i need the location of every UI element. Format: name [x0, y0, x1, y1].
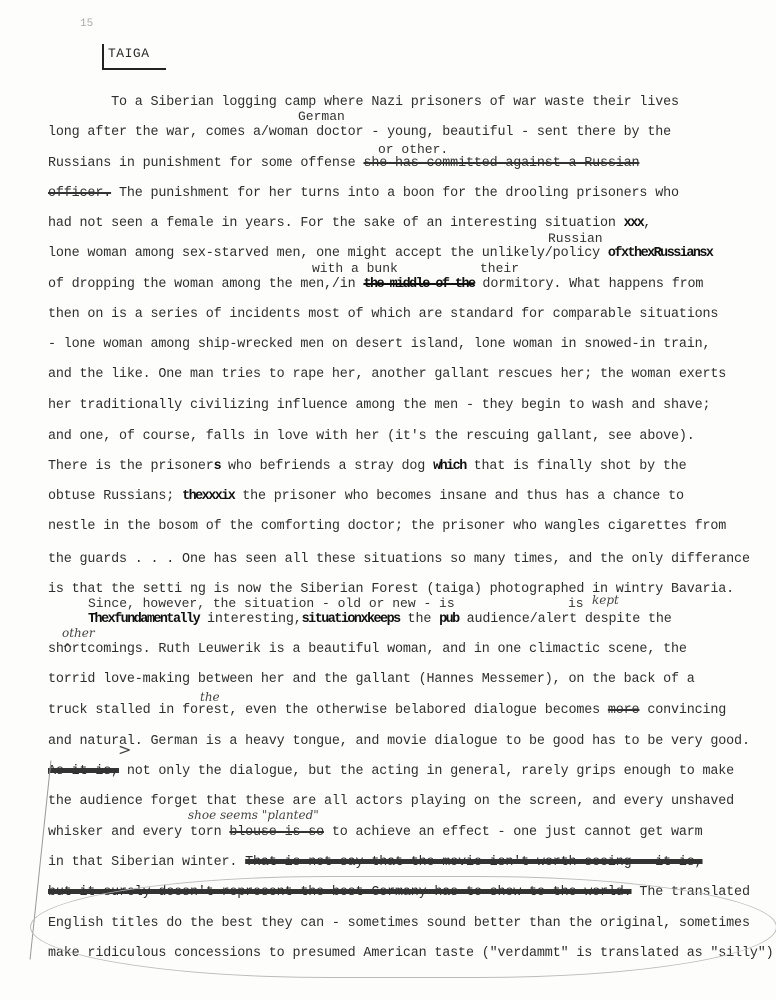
- text-line-10: and the like. One man tries to rape her,…: [48, 367, 726, 383]
- text-line-25: whisker and every torn blouse is so to a…: [48, 825, 703, 841]
- text-line-22: and natural. German is a heavy tongue, a…: [48, 734, 750, 750]
- text-line-15: nestle in the bosom of the comforting do…: [48, 519, 726, 535]
- typed-xout: ofxthexRussiansx: [608, 246, 713, 261]
- text-line-20: torrid love-making between her and the g…: [48, 672, 695, 688]
- text-line-7: of dropping the woman among the men,/in …: [48, 277, 703, 293]
- text-line-14: obtuse Russians; thexxxix the prisoner w…: [48, 489, 684, 505]
- strikethrough-text: officer.: [48, 186, 111, 201]
- text-line-4: officer. The punishment for her turns in…: [48, 186, 679, 202]
- page-number: 15: [80, 18, 93, 30]
- strikethrough-text: As it is,: [48, 764, 119, 779]
- strikethrough-text: she has committed against a Russian: [363, 156, 639, 171]
- typed-xout: which: [433, 459, 466, 474]
- text-line-23: As it is, not only the dialogue, but the…: [48, 764, 734, 780]
- text-line-26: in that Siberian winter. That is not say…: [48, 855, 703, 871]
- typed-xout: pub: [439, 612, 459, 627]
- text-line-11: her traditionally civilizing influence a…: [48, 398, 710, 414]
- handwritten-the: the: [200, 690, 220, 704]
- document-title: TAIGA: [108, 46, 150, 61]
- insertion-since-however: Since, however, the situation - old or n…: [88, 597, 455, 611]
- typed-xout: xxx: [624, 216, 644, 231]
- handwritten-other: other: [62, 626, 95, 640]
- text-line-13: There is the prisoners who befriends a s…: [48, 459, 687, 475]
- text-line-6: lone woman among sex-starved men, one mi…: [48, 246, 712, 262]
- handwritten-loop-mark: [30, 876, 776, 978]
- strikethrough-text: more: [608, 703, 640, 718]
- text-line-18: Thexfundamentally interesting,situationx…: [88, 612, 672, 628]
- text-line-3: Russians in punishment for some offense …: [48, 156, 639, 172]
- insertion-with-a-bunk: with a bunk: [312, 262, 398, 276]
- typed-manuscript-page: 15 TAIGA To a Siberian logging camp wher…: [0, 0, 776, 1000]
- typed-xout: Thexfundamentally: [88, 612, 199, 627]
- handwritten-shoe-seems-planted: shoe seems "planted": [188, 808, 319, 822]
- typed-xout: thexxxix: [182, 489, 234, 504]
- insertion-or-other: or other.: [378, 143, 448, 157]
- text-line-19: shortcomings. Ruth Leuwerik is a beautif…: [48, 642, 687, 658]
- insertion-is: is: [568, 597, 584, 611]
- text-line-1: To a Siberian logging camp where Nazi pr…: [48, 95, 679, 111]
- arrow-mark: >: [118, 740, 131, 759]
- insertion-their: their: [480, 262, 519, 276]
- text-line-24: the audience forget that these are all a…: [48, 794, 734, 810]
- text-line-2: long after the war, comes a/woman doctor…: [48, 125, 671, 141]
- text-line-8: then on is a series of incidents most of…: [48, 307, 718, 323]
- insertion-russian: Russian: [548, 232, 603, 246]
- strikethrough-text: blouse is so: [229, 825, 324, 840]
- strikethrough-text: the middle of the: [363, 277, 474, 292]
- text-line-9: - lone woman among ship-wrecked men on d…: [48, 337, 710, 353]
- handwritten-kept: kept: [592, 593, 619, 607]
- text-line-5: had not seen a female in years. For the …: [48, 216, 651, 232]
- strikethrough-text: That is not say that the movie isn't wor…: [245, 855, 702, 870]
- text-line-21: truck stalled in forest, even the otherw…: [48, 703, 726, 719]
- typed-xout: situationxkeeps: [302, 612, 400, 627]
- insertion-german: German: [298, 110, 345, 124]
- text-line-12: and one, of course, falls in love with h…: [48, 429, 695, 445]
- text-line-16: the guards . . . One has seen all these …: [48, 552, 750, 568]
